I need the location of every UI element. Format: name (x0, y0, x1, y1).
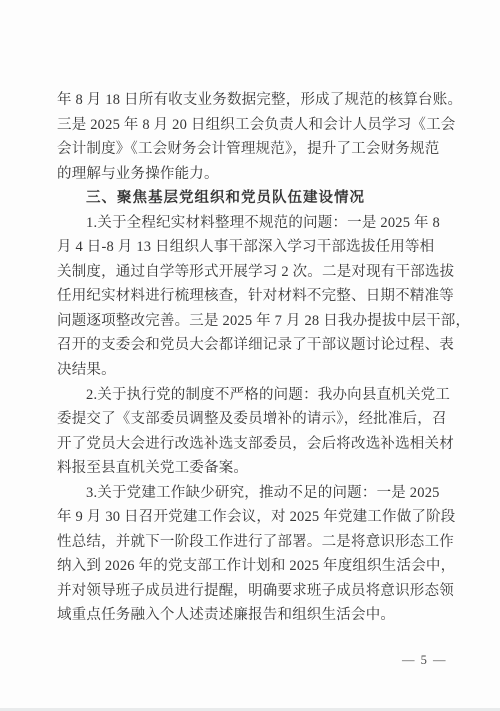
text-line: 3.关于党建工作缺少研究，推动不足的问题：一是 2025 (57, 481, 449, 506)
scanned-document-page: 年 8 月 18 日所有收支业务数据完整，形成了规范的核算台账。 三是 2025… (0, 0, 500, 711)
text-line: 并对领导班子成员进行提醒，明确要求班子成员将意识形态领 (57, 579, 449, 604)
text-line: 委提交了《支部委员调整及委员增补的请示》，经批准后，召 (57, 407, 449, 432)
text-line: 开了党员大会进行改选补选支部委员，会后将改选补选相关材 (57, 432, 449, 457)
text-line: 的理解与业务操作能力。 (57, 162, 449, 187)
page-number: — 5 — (402, 653, 447, 668)
text-line: 料报至县直机关党工委备案。 (57, 456, 449, 481)
text-line: 年 8 月 18 日所有收支业务数据完整，形成了规范的核算台账。 (57, 88, 449, 113)
text-line: 关制度，通过自学等形式开展学习 2 次。二是对现有干部选拔 (57, 260, 449, 285)
document-body: 年 8 月 18 日所有收支业务数据完整，形成了规范的核算台账。 三是 2025… (57, 88, 449, 628)
text-line: 会计制度》《工会财务会计管理规范》，提升了工会财务规范 (57, 137, 449, 162)
text-line: 三是 2025 年 8 月 20 日组织工会负责人和会计人员学习《工会 (57, 113, 449, 138)
text-line: 2.关于执行党的制度不严格的问题：我办向县直机关党工 (57, 383, 449, 408)
text-line: 决结果。 (57, 358, 449, 383)
text-line: 域重点任务融入个人述责述廉报告和组织生活会中。 (57, 603, 449, 628)
text-line: 年 9 月 30 日召开党建工作会议，对 2025 年党建工作做了阶段 (57, 505, 449, 530)
section-heading: 三、聚焦基层党组织和党员队伍建设情况 (57, 186, 449, 211)
text-line: 1.关于全程纪实材料整理不规范的问题：一是 2025 年 8 (57, 211, 449, 236)
text-line: 月 4 日-8 月 13 日组织人事干部深入学习干部选拔任用等相 (57, 235, 449, 260)
text-line: 召开的支委会和党员大会都详细记录了干部议题讨论过程、表 (57, 333, 449, 358)
text-line: 性总结，并就下一阶段工作进行了部署。二是将意识形态工作 (57, 530, 449, 555)
text-line: 任用纪实材料进行梳理核查，针对材料不完整、日期不精准等 (57, 284, 449, 309)
text-line: 纳入到 2026 年的党支部工作计划和 2025 年度组织生活会中， (57, 554, 449, 579)
text-line: 问题逐项整改完善。三是 2025 年 7 月 28 日我办提拔中层干部， (57, 309, 449, 334)
